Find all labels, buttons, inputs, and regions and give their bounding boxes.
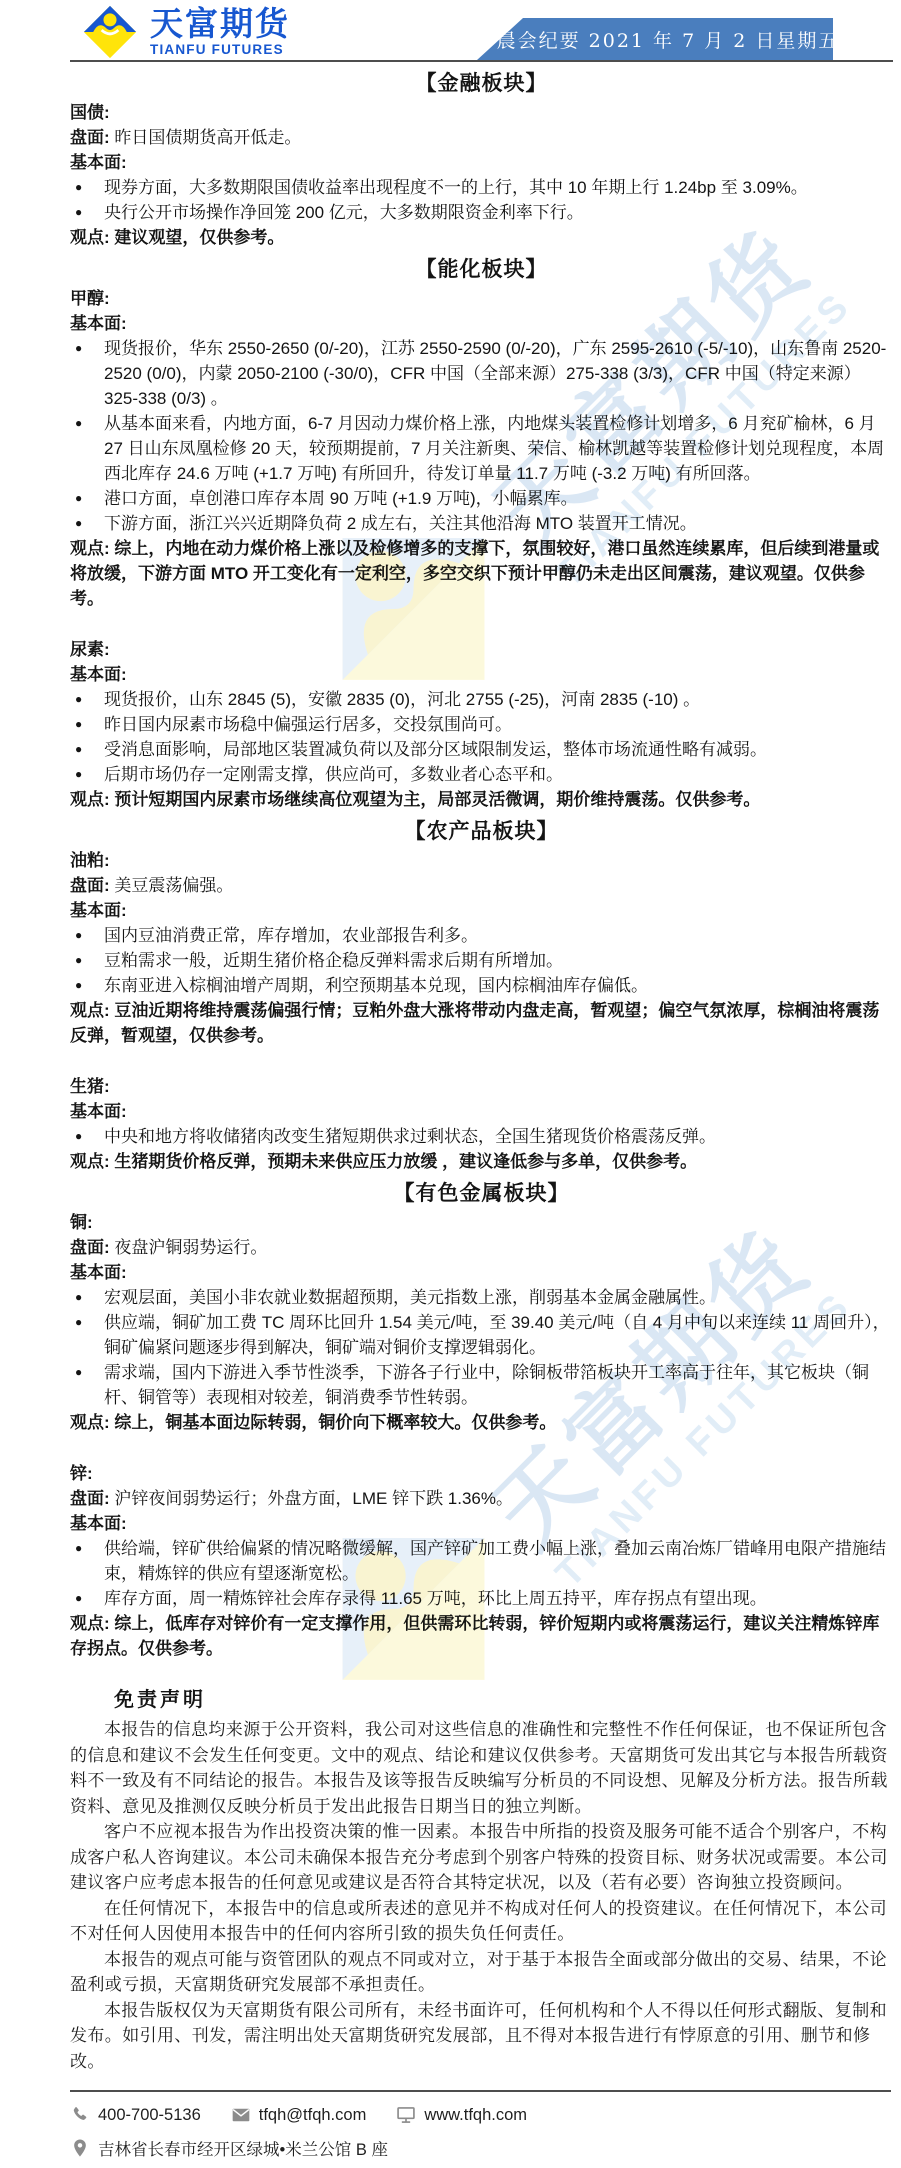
field-line: 基本面: [70, 1260, 893, 1285]
bullet-dot: ● [70, 1285, 104, 1310]
field-text: 夜盘沪铜弱势运行。 [110, 1238, 268, 1257]
bullet-text: 昨日国内尿素市场稳中偏强运行居多，交投氛围尚可。 [104, 712, 893, 737]
field-label: 基本面: [70, 314, 127, 333]
disclaimer-paragraph: 本报告版权仅为天富期货有限公司所有，未经书面许可，任何机构和个人不得以任何形式翻… [70, 1999, 893, 2076]
bullet-dot: ● [70, 1124, 104, 1149]
field-label: 观点: [70, 539, 110, 558]
bullet-item: ●港口方面，卓创港口库存本周 90 万吨 (+1.9 万吨)，小幅累库。 [70, 486, 893, 511]
section-title-financial: 【金融板块】 [70, 71, 893, 96]
bullet-dot: ● [70, 200, 104, 225]
field-line: 基本面: [70, 311, 893, 336]
field-text: 昨日国债期货高开低走。 [110, 128, 302, 147]
opinion-line: 观点: 豆油近期将维持震荡偏强行情；豆粕外盘大涨将带动内盘走高，暂观望；偏空气氛… [70, 998, 893, 1048]
field-text: 建议观望，仅供参考。 [110, 228, 285, 247]
footer-website: www.tfqh.com [396, 2105, 527, 2125]
bullet-text: 需求端，国内下游进入季节性淡季，下游各子行业中，除铜板带箔板块开工率高于往年，其… [104, 1360, 893, 1410]
commodity-treasury-bonds: 国债:盘面: 昨日国债期货高开低走。基本面:●现券方面，大多数期限国债收益率出现… [70, 100, 893, 250]
bullet-dot: ● [70, 336, 104, 411]
field-text: 综上，铜基本面边际转弱，铜价向下概率较大。仅供参考。 [110, 1413, 557, 1432]
bullet-item: ●豆粕需求一般，近期生猪价格企稳反弹料需求后期有所增加。 [70, 948, 893, 973]
footer-email: tfqh@tfqh.com [231, 2105, 367, 2125]
bullet-item: ●现货报价，山东 2845 (5)，安徽 2835 (0)，河北 2755 (-… [70, 687, 893, 712]
bullet-item: ●现券方面，大多数期限国债收益率出现程度不一的上行，其中 10 年期上行 1.2… [70, 175, 893, 200]
field-label: 盘面: [70, 1238, 110, 1257]
disclaimer-paragraph: 本报告的观点可能与资管团队的观点不同或对立，对于基于本报告全面或部分做出的交易、… [70, 1948, 893, 1999]
report-body: 【金融板块】国债:盘面: 昨日国债期货高开低走。基本面:●现券方面，大多数期限国… [0, 62, 901, 1661]
field-text: 综上，低库存对锌价有一定支撑作用，但供需环比转弱，锌价短期内或将震荡运行，建议关… [70, 1614, 879, 1658]
bullet-text: 库存方面，周一精炼锌社会库存录得 11.65 万吨，环比上周五持平，库存拐点有望… [104, 1586, 893, 1611]
field-label: 观点: [70, 1614, 110, 1633]
bullet-text: 从基本面来看，内地方面，6-7 月因动力煤价格上涨，内地煤头装置检修计划增多，6… [104, 411, 893, 486]
field-line: 盘面: 美豆震荡偏强。 [70, 873, 893, 898]
opinion-line: 观点: 综上，铜基本面边际转弱，铜价向下概率较大。仅供参考。 [70, 1410, 893, 1435]
field-label: 基本面: [70, 1514, 127, 1533]
company-name: 天富期货 TIANFU FUTURES [150, 7, 290, 58]
field-label: 观点: [70, 1001, 110, 1020]
bullet-dot: ● [70, 411, 104, 486]
field-label: 盘面: [70, 128, 110, 147]
bullet-item: ●从基本面来看，内地方面，6-7 月因动力煤价格上涨，内地煤头装置检修计划增多，… [70, 411, 893, 486]
company-name-en: TIANFU FUTURES [150, 42, 290, 57]
bullet-dot: ● [70, 511, 104, 536]
bullet-text: 豆粕需求一般，近期生猪价格企稳反弹料需求后期有所增加。 [104, 948, 893, 973]
field-label: 盘面: [70, 1489, 110, 1508]
footer-divider [70, 2090, 891, 2092]
bullet-text: 现券方面，大多数期限国债收益率出现程度不一的上行，其中 10 年期上行 1.24… [104, 175, 893, 200]
masthead: 天富期货 TIANFU FUTURES 晨会纪要 2021 年 7 月 2 日星… [70, 0, 893, 62]
bullet-item: ●昨日国内尿素市场稳中偏强运行居多，交投氛围尚可。 [70, 712, 893, 737]
opinion-line: 观点: 综上，低库存对锌价有一定支撑作用，但供需环比转弱，锌价短期内或将震荡运行… [70, 1611, 893, 1661]
section-title-agriculture: 【农产品板块】 [70, 819, 893, 844]
bullet-item: ●国内豆油消费正常，库存增加，农业部报告利多。 [70, 923, 893, 948]
section-title-nonferrous-metals: 【有色金属板块】 [70, 1181, 893, 1206]
bullet-item: ●供应端，铜矿加工费 TC 周环比回升 1.54 美元/吨，至 39.40 美元… [70, 1310, 893, 1360]
field-label: 基本面: [70, 153, 127, 172]
footer-phone-text: 400-700-5136 [98, 2106, 201, 2125]
bullet-text: 下游方面，浙江兴兴近期降负荷 2 成左右，关注其他沿海 MTO 装置开工情况。 [104, 511, 893, 536]
bullet-item: ●需求端，国内下游进入季节性淡季，下游各子行业中，除铜板带箔板块开工率高于往年，… [70, 1360, 893, 1410]
footer: 400-700-5136 tfqh@tfqh.com www.tfqh.com [70, 2090, 891, 2160]
commodity-name-hogs: 生猪: [70, 1074, 893, 1099]
bullet-text: 国内豆油消费正常，库存增加，农业部报告利多。 [104, 923, 893, 948]
opinion-line: 观点: 生猪期货价格反弹，预期未来供应压力放缓 ，建议逢低参与多单，仅供参考。 [70, 1149, 893, 1174]
company-logo: 天富期货 TIANFU FUTURES [82, 4, 290, 60]
bullet-dot: ● [70, 687, 104, 712]
field-label: 观点: [70, 1152, 110, 1171]
opinion-line: 观点: 综上，内地在动力煤价格上涨以及检修增多的支撑下，氛围较好，港口虽然连续累… [70, 536, 893, 611]
field-line: 基本面: [70, 1511, 893, 1536]
field-text: 综上，内地在动力煤价格上涨以及检修增多的支撑下，氛围较好，港口虽然连续累库，但后… [70, 539, 879, 608]
commodity-hogs: 生猪:基本面:●中央和地方将收储猪肉改变生猪短期供求过剩状态，全国生猪现货价格震… [70, 1074, 893, 1174]
bullet-text: 现货报价，山东 2845 (5)，安徽 2835 (0)，河北 2755 (-2… [104, 687, 893, 712]
bullet-text: 东南亚进入棕榈油增产周期，利空预期基本兑现，国内棕榈油库存偏低。 [104, 973, 893, 998]
field-text: 生猪期货价格反弹，预期未来供应压力放缓 ，建议逢低参与多单，仅供参考。 [110, 1152, 697, 1171]
bullet-dot: ● [70, 712, 104, 737]
bullet-dot: ● [70, 1360, 104, 1410]
disclaimer-title: 免责声明 [114, 1687, 893, 1712]
field-text: 预计短期国内尿素市场继续高位观望为主，局部灵活微调，期价维持震荡。仅供参考。 [110, 790, 761, 809]
email-icon [231, 2105, 251, 2125]
website-monitor-icon [396, 2105, 416, 2125]
phone-icon [70, 2105, 90, 2125]
bullet-dot: ● [70, 486, 104, 511]
bullet-dot: ● [70, 948, 104, 973]
commodity-name-zinc: 锌: [70, 1461, 893, 1486]
footer-email-text: tfqh@tfqh.com [259, 2106, 367, 2125]
bullet-text: 港口方面，卓创港口库存本周 90 万吨 (+1.9 万吨)，小幅累库。 [104, 486, 893, 511]
field-line: 基本面: [70, 150, 893, 175]
bullet-dot: ● [70, 1310, 104, 1360]
bullet-item: ●央行公开市场操作净回笼 200 亿元，大多数期限资金利率下行。 [70, 200, 893, 225]
bullet-text: 现货报价，华东 2550-2650 (0/-20)，江苏 2550-2590 (… [104, 336, 893, 411]
bullet-item: ●库存方面，周一精炼锌社会库存录得 11.65 万吨，环比上周五持平，库存拐点有… [70, 1586, 893, 1611]
field-label: 基本面: [70, 1102, 127, 1121]
bullet-text: 供给端，锌矿供给偏紧的情况略微缓解，国产锌矿加工费小幅上涨，叠加云南冶炼厂错峰用… [104, 1536, 893, 1586]
section-title-energy-chemical: 【能化板块】 [70, 257, 893, 282]
disclaimer-paragraph: 在任何情况下，本报告中的信息或所表述的意见并不构成对任何人的投资建议。在任何情况… [70, 1897, 893, 1948]
bullet-text: 供应端，铜矿加工费 TC 周环比回升 1.54 美元/吨，至 39.40 美元/… [104, 1310, 893, 1360]
field-label: 基本面: [70, 901, 127, 920]
opinion-line: 观点: 预计短期国内尿素市场继续高位观望为主，局部灵活微调，期价维持震荡。仅供参… [70, 787, 893, 812]
footer-contacts: 400-700-5136 tfqh@tfqh.com www.tfqh.com [70, 2105, 891, 2125]
field-label: 观点: [70, 1413, 110, 1432]
commodity-name-copper: 铜: [70, 1210, 893, 1235]
commodity-name-urea: 尿素: [70, 637, 893, 662]
report-page: 天富期货 TIANFU FUTURES 天富期货 TIANFU FUTURES [0, 0, 901, 2168]
field-label: 观点: [70, 228, 110, 247]
report-banner: 晨会纪要 2021 年 7 月 2 日星期五 [477, 18, 833, 60]
bullet-item: ●受消息面影响，局部地区装置减负荷以及部分区域限制发运，整体市场流通性略有减弱。 [70, 737, 893, 762]
disclaimer-paragraphs: 本报告的信息均来源于公开资料，我公司对这些信息的准确性和完整性不作任何保证，也不… [70, 1718, 893, 2075]
field-line: 基本面: [70, 662, 893, 687]
commodity-urea: 尿素:基本面:●现货报价，山东 2845 (5)，安徽 2835 (0)，河北 … [70, 637, 893, 812]
bullet-item: ●下游方面，浙江兴兴近期降负荷 2 成左右，关注其他沿海 MTO 装置开工情况。 [70, 511, 893, 536]
opinion-line: 观点: 建议观望，仅供参考。 [70, 225, 893, 250]
bullet-item: ●供给端，锌矿供给偏紧的情况略微缓解，国产锌矿加工费小幅上涨，叠加云南冶炼厂错峰… [70, 1536, 893, 1586]
footer-address: 吉林省长春市经开区绿城•米兰公馆 B 座 [70, 2136, 891, 2160]
bullet-text: 中央和地方将收储猪肉改变生猪短期供求过剩状态，全国生猪现货价格震荡反弹。 [104, 1124, 893, 1149]
bullet-item: ●中央和地方将收储猪肉改变生猪短期供求过剩状态，全国生猪现货价格震荡反弹。 [70, 1124, 893, 1149]
bullet-text: 宏观层面，美国小非农就业数据超预期，美元指数上涨，削弱基本金属金融属性。 [104, 1285, 893, 1310]
bullet-text: 受消息面影响，局部地区装置减负荷以及部分区域限制发运，整体市场流通性略有减弱。 [104, 737, 893, 762]
logo-diamond-icon [82, 4, 138, 60]
field-text: 沪锌夜间弱势运行；外盘方面，LME 锌下跌 1.36%。 [110, 1489, 513, 1508]
commodity-name-oil-meal: 油粕: [70, 848, 893, 873]
location-pin-icon [70, 2138, 90, 2158]
bullet-item: ●后期市场仍存一定刚需支撑，供应尚可，多数业者心态平和。 [70, 762, 893, 787]
commodity-copper: 铜:盘面: 夜盘沪铜弱势运行。基本面:●宏观层面，美国小非农就业数据超预期，美元… [70, 1210, 893, 1435]
commodity-name-methanol: 甲醇: [70, 286, 893, 311]
bullet-dot: ● [70, 1536, 104, 1586]
report-banner-title: 晨会纪要 2021 年 7 月 2 日星期五 [471, 26, 840, 53]
bullet-dot: ● [70, 923, 104, 948]
commodity-zinc: 锌:盘面: 沪锌夜间弱势运行；外盘方面，LME 锌下跌 1.36%。基本面:●供… [70, 1461, 893, 1661]
field-line: 基本面: [70, 898, 893, 923]
bullet-text: 后期市场仍存一定刚需支撑，供应尚可，多数业者心态平和。 [104, 762, 893, 787]
field-label: 基本面: [70, 665, 127, 684]
bullet-item: ●现货报价，华东 2550-2650 (0/-20)，江苏 2550-2590 … [70, 336, 893, 411]
field-label: 盘面: [70, 876, 110, 895]
disclaimer-paragraph: 本报告的信息均来源于公开资料，我公司对这些信息的准确性和完整性不作任何保证，也不… [70, 1718, 893, 1820]
field-label: 观点: [70, 790, 110, 809]
bullet-text: 央行公开市场操作净回笼 200 亿元，大多数期限资金利率下行。 [104, 200, 893, 225]
bullet-item: ●东南亚进入棕榈油增产周期，利空预期基本兑现，国内棕榈油库存偏低。 [70, 973, 893, 998]
field-line: 盘面: 昨日国债期货高开低走。 [70, 125, 893, 150]
commodity-oil-meal: 油粕:盘面: 美豆震荡偏强。基本面:●国内豆油消费正常，库存增加，农业部报告利多… [70, 848, 893, 1048]
field-text: 豆油近期将维持震荡偏强行情；豆粕外盘大涨将带动内盘走高，暂观望；偏空气氛浓厚，棕… [70, 1001, 879, 1045]
disclaimer: 免责声明 本报告的信息均来源于公开资料，我公司对这些信息的准确性和完整性不作任何… [0, 1679, 901, 2075]
field-line: 盘面: 夜盘沪铜弱势运行。 [70, 1235, 893, 1260]
bullet-dot: ● [70, 1586, 104, 1611]
disclaimer-paragraph: 客户不应视本报告为作出投资决策的惟一因素。本报告中所指的投资及服务可能不适合个别… [70, 1820, 893, 1897]
company-name-cn: 天富期货 [150, 7, 290, 42]
bullet-dot: ● [70, 175, 104, 200]
footer-phone: 400-700-5136 [70, 2105, 201, 2125]
bullet-dot: ● [70, 762, 104, 787]
field-label: 基本面: [70, 1263, 127, 1282]
bullet-item: ●宏观层面，美国小非农就业数据超预期，美元指数上涨，削弱基本金属金融属性。 [70, 1285, 893, 1310]
footer-website-text: www.tfqh.com [424, 2106, 527, 2125]
footer-address-text: 吉林省长春市经开区绿城•米兰公馆 B 座 [98, 2136, 388, 2160]
commodity-methanol: 甲醇:基本面:●现货报价，华东 2550-2650 (0/-20)，江苏 255… [70, 286, 893, 611]
bullet-dot: ● [70, 737, 104, 762]
field-text: 美豆震荡偏强。 [110, 876, 234, 895]
field-line: 基本面: [70, 1099, 893, 1124]
bullet-dot: ● [70, 973, 104, 998]
field-line: 盘面: 沪锌夜间弱势运行；外盘方面，LME 锌下跌 1.36%。 [70, 1486, 893, 1511]
commodity-name-treasury-bonds: 国债: [70, 100, 893, 125]
